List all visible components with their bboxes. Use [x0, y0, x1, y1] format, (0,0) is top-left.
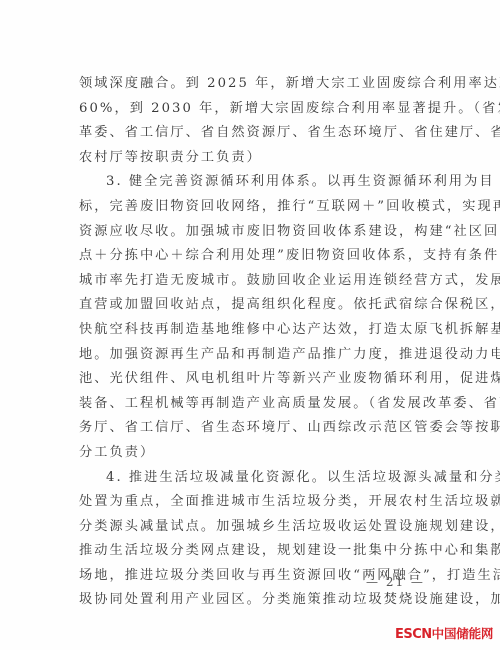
- text-line: 分工负责）: [79, 441, 423, 466]
- text-line: 装备、工程机械等再制造产业高质量发展。（省发展改革委、省商: [79, 392, 423, 417]
- text-line: 标，完善废旧物资回收网络，推行“互联网＋”回收模式，实现再生: [79, 195, 423, 220]
- section-heading-line: 3. 健全完善资源循环利用体系。以再生资源循环利用为目: [79, 170, 423, 195]
- section-heading-line: 4. 推进生活垃圾减量化资源化。以生活垃圾源头减量和分类: [79, 466, 423, 491]
- text-line: 池、光伏组件、风电机组叶片等新兴产业废物循环利用，促进煤机: [79, 367, 423, 392]
- text-line: 资源应收尽收。加强城市废旧物资回收体系建设，构建“社区回收: [79, 220, 423, 245]
- text-line: 务厅、省工信厅、省生态环境厅、山西综改示范区管委会等按职责: [79, 416, 423, 441]
- text-line: 农村厅等按职责分工负责）: [79, 146, 423, 171]
- watermark-logo: ESCN中国储能网: [395, 624, 493, 642]
- text-line: 领域深度融合。到 2025 年，新增大宗工业固废综合利用率达到: [79, 72, 423, 97]
- text-line: 圾协同处置利用产业园区。分类施策推动垃圾焚烧设施建设，加: [79, 588, 423, 613]
- body-text: 领域深度融合。到 2025 年，新增大宗工业固废综合利用率达到 60%，到 20…: [79, 72, 423, 613]
- text-line: 点＋分拣中心＋综合利用处理”废旧物资回收体系，支持有条件的: [79, 244, 423, 269]
- text-line: 革委、省工信厅、省自然资源厅、省生态环境厅、省住建厅、省农业: [79, 121, 423, 146]
- text-line: 快航空科技再制造基地维修中心达产达效，打造太原飞机拆解基: [79, 318, 423, 343]
- text-line: 城市率先打造无废城市。鼓励回收企业运用连锁经营方式，发展: [79, 269, 423, 294]
- text-line: 60%，到 2030 年，新增大宗固废综合利用率显著提升。（省发展改: [79, 97, 423, 122]
- text-line: 处置为重点，全面推进城市生活垃圾分类，开展农村生活垃圾就地: [79, 490, 423, 515]
- page-number: — 21 —: [366, 575, 425, 589]
- watermark-cjk: 中国储能网: [432, 626, 494, 641]
- text-line: 直营或加盟回收站点，提高组织化程度。依托武宿综合保税区，加: [79, 293, 423, 318]
- text-line: 推动生活垃圾分类网点建设，规划建设一批集中分拣中心和集散: [79, 539, 423, 564]
- text-line: 分类源头减量试点。加强城乡生活垃圾收运处置设施规划建设，: [79, 515, 423, 540]
- document-page: 领域深度融合。到 2025 年，新增大宗工业固废综合利用率达到 60%，到 20…: [0, 0, 500, 650]
- watermark-latin: ESCN: [395, 627, 432, 642]
- text-line: 地。加强资源再生产品和再制造产品推广力度，推进退役动力电: [79, 343, 423, 368]
